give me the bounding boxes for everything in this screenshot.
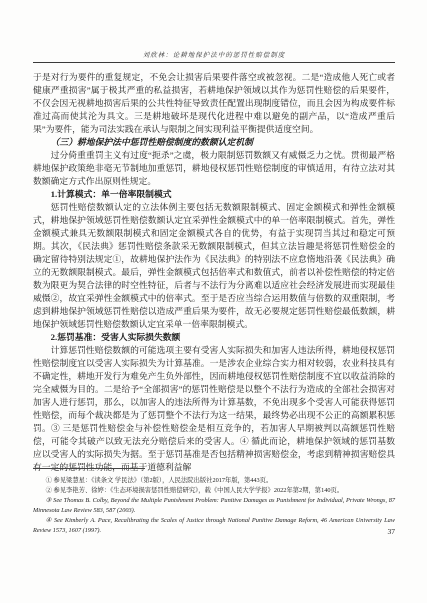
body-paragraph-continuation: 于是对行为要件的重复规定，不免会让损害后果要件落空或被忽视。二是“造成他人死亡或… [33,71,395,136]
paper-page: 刘欣林：论耕地保护法中的惩罚性赔偿制度 于是对行为要件的重复规定，不免会让损害后… [0,0,427,603]
subsection-heading-2: 2.惩罚基准：受害人实际损失数额 [33,331,395,344]
running-header: 刘欣林：论耕地保护法中的惩罚性赔偿制度 [33,50,395,59]
page-number: 37 [388,527,396,536]
footnote-4: ④ See Kimberly A. Pace, Recalibrating th… [33,516,395,536]
footnote-2: ② 参见李艳芳、徐婷：《生态环境损害惩罚性赔偿研究》，载《中国人民大学学报》20… [33,486,395,496]
subsection-heading-1: 1.计算模式：单一倍率限制模式 [33,188,395,201]
footnote-1: ① 参见梁慧星：《读条文 学民法》（第2版），人民法院出版社2017年版，第44… [33,476,395,486]
body-paragraph-4: 计算惩罚性赔偿数额的可能选项主要有受害人实际损失和加害人违法所得，耕地侵权惩罚性… [33,344,395,474]
footnote-3: ③ See Thomas B. Colby, Beyond the Multip… [33,496,395,516]
body-text: 于是对行为要件的重复规定，不免会让损害后果要件落空或被忽视。二是“造成他人死亡或… [33,71,395,474]
header-divider [33,62,395,63]
body-paragraph-2: 过分倚重重罚主义有过度“扼杀”之虞，极力限制惩罚数额又有威慑乏力之忧。贯彻最严格… [33,149,395,188]
footnotes-block: ① 参见梁慧星：《读条文 学民法》（第2版），人民法院出版社2017年版，第44… [33,476,395,536]
section-heading-3: （三）耕地保护法中惩罚性赔偿制度的数额认定机制 [33,136,395,149]
footnote-divider [33,468,145,469]
body-paragraph-3: 惩罚性赔偿数额认定的立法体例主要包括无数额限制模式、固定金额模式和弹性金额模式，… [33,201,395,331]
